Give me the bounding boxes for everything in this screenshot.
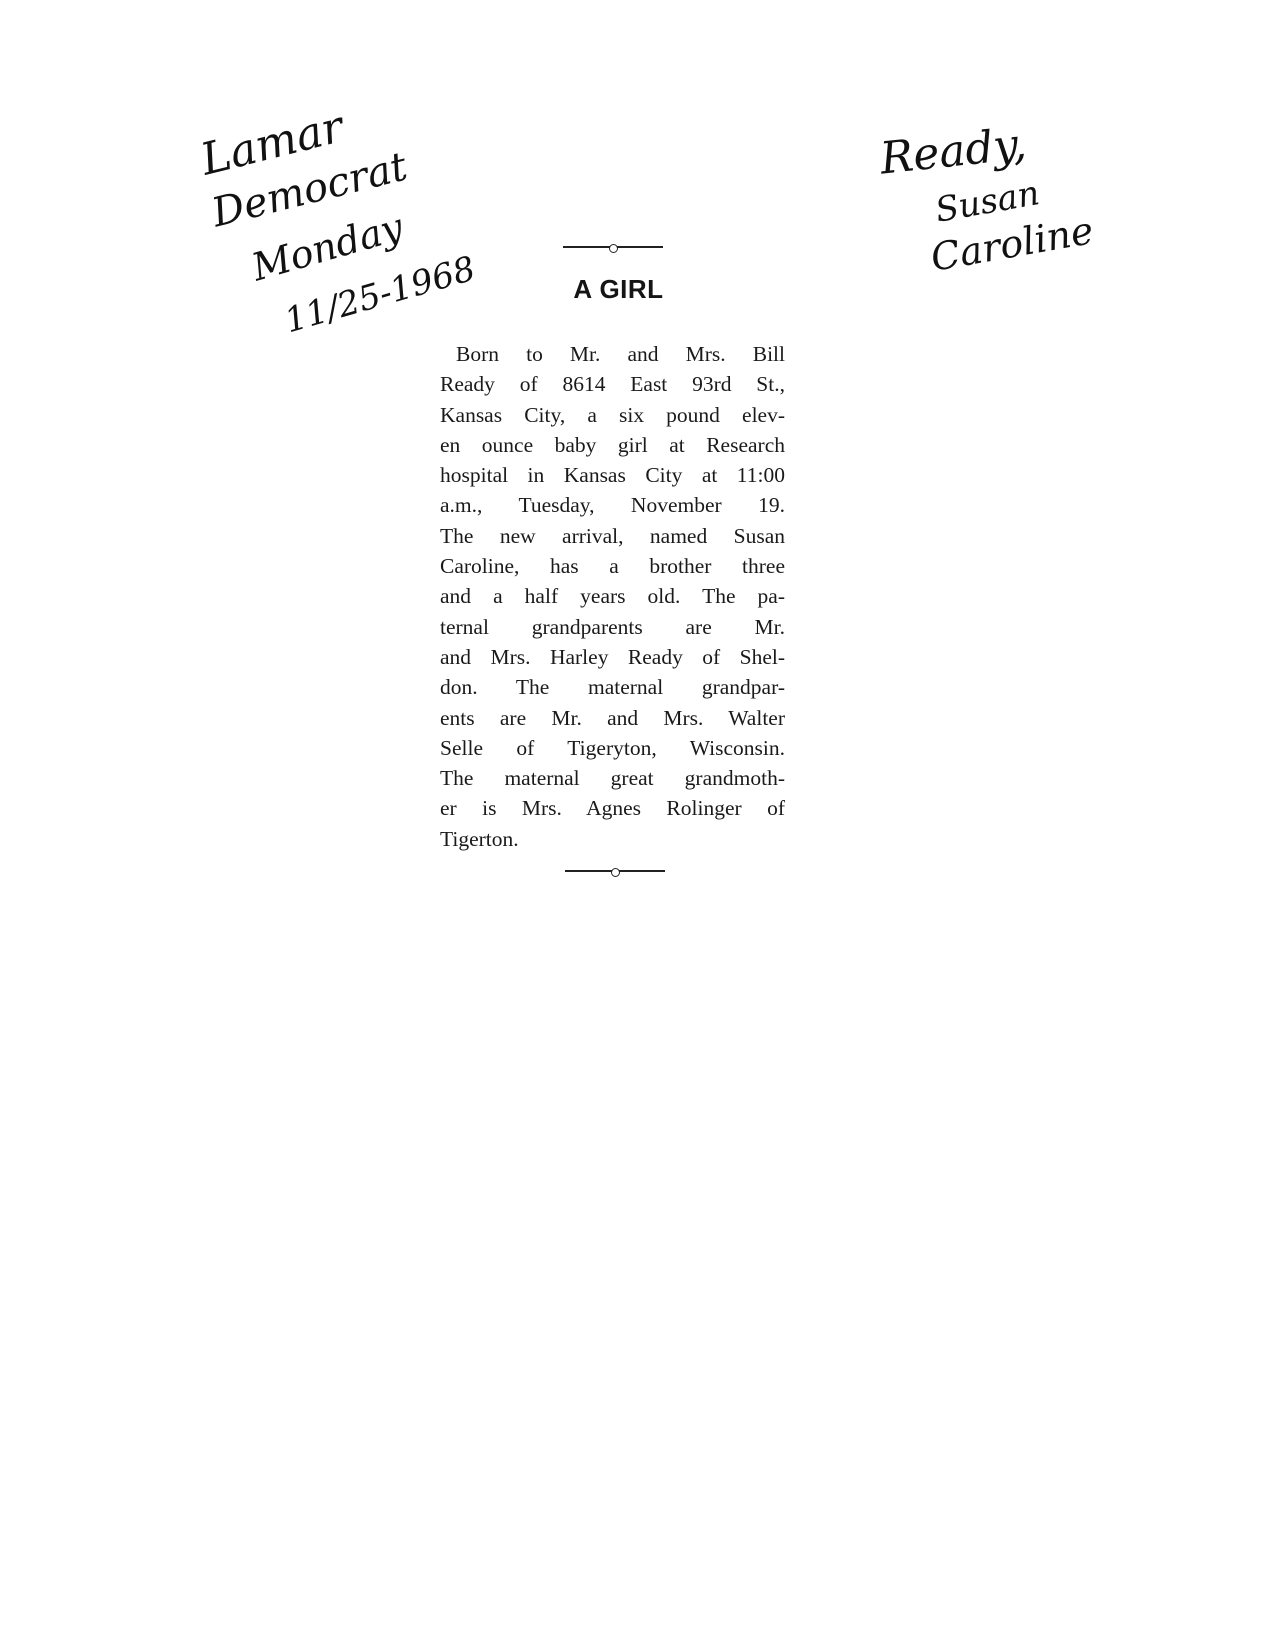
- article-line: Caroline, has a brother three: [440, 551, 785, 581]
- article-line: Selle of Tigeryton, Wisconsin.: [440, 733, 785, 763]
- article-line: Tigerton.: [440, 824, 785, 854]
- article-line: and Mrs. Harley Ready of Shel-: [440, 642, 785, 672]
- article-line: and a half years old. The pa-: [440, 581, 785, 611]
- article-line: The maternal great grandmoth-: [440, 763, 785, 793]
- article-line: hospital in Kansas City at 11:00: [440, 460, 785, 490]
- article-line: Born to Mr. and Mrs. Bill: [440, 339, 785, 369]
- ornament-divider-bottom: [565, 864, 665, 878]
- article-line: ternal grandparents are Mr.: [440, 612, 785, 642]
- article-line: The new arrival, named Susan: [440, 521, 785, 551]
- article-line: en ounce baby girl at Research: [440, 430, 785, 460]
- handwritten-source-note: Lamar Democrat Monday 11/25-1968: [190, 110, 470, 320]
- article-line: don. The maternal grandpar-: [440, 672, 785, 702]
- handwritten-line: Ready,: [878, 122, 1028, 181]
- article-line: Ready of 8614 East 93rd St.,: [440, 369, 785, 399]
- newspaper-clipping: A GIRL Born to Mr. and Mrs. Bill Ready o…: [440, 240, 785, 878]
- article-line: a.m., Tuesday, November 19.: [440, 490, 785, 520]
- handwritten-name-note: Ready, Susan Caroline: [880, 120, 1110, 290]
- ornament-divider-top: [563, 240, 663, 254]
- article-body: Born to Mr. and Mrs. Bill Ready of 8614 …: [440, 339, 785, 854]
- article-line: er is Mrs. Agnes Rolinger of: [440, 793, 785, 823]
- headline: A GIRL: [452, 274, 785, 305]
- article-line: Kansas City, a six pound elev-: [440, 400, 785, 430]
- article-line: ents are Mr. and Mrs. Walter: [440, 703, 785, 733]
